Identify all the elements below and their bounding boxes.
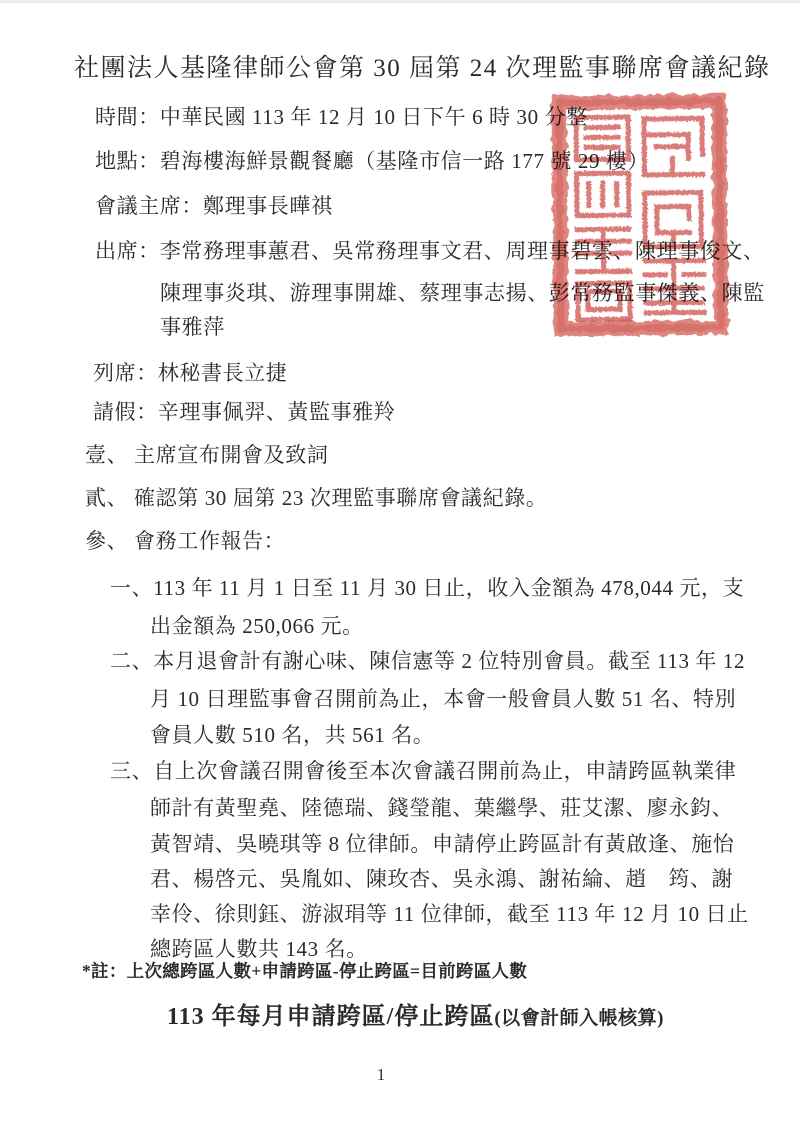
meeting-chair-line: 會議主席：鄭理事長曄祺 bbox=[95, 193, 333, 219]
report-item-3-line-4: 君、楊啓元、吳胤如、陳玫杏、吳永鴻、謝祐綸、趙 筠、謝 bbox=[150, 866, 733, 892]
report-item-2-line-1: 二、本月退會計有謝心味、陳信憲等 2 位特別會員。截至 113 年 12 bbox=[110, 648, 745, 674]
heading-paren-text: (以會計師入帳核算) bbox=[494, 1008, 664, 1029]
absentees-line: 請假：辛理事佩羿、黃監事雅羚 bbox=[93, 399, 395, 425]
scan-edge-artifact bbox=[0, 0, 800, 3]
footnote-formula: *註：上次總跨區人數+申請跨區-停止跨區=目前跨區人數 bbox=[82, 961, 527, 983]
report-item-3-line-1: 三、自上次會議召開會後至本次會議召開前為止，申請跨區執業律 bbox=[110, 758, 736, 784]
official-seal-stamp-icon bbox=[548, 90, 733, 340]
agenda-item-3: 參、 會務工作報告： bbox=[85, 528, 285, 554]
report-item-3-line-6: 總跨區人數共 143 名。 bbox=[150, 936, 368, 962]
report-item-3-line-5: 幸伶、徐則鈺、游淑琄等 11 位律師，截至 113 年 12 月 10 日止 bbox=[150, 901, 749, 927]
document-title: 社團法人基隆律師公會第 30 屆第 24 次理監事聯席會議紀錄 bbox=[74, 53, 771, 84]
meeting-time-line: 時間：中華民國 113 年 12 月 10 日下午 6 時 30 分整 bbox=[95, 104, 588, 130]
report-item-3-line-3: 黃智靖、吳曉琪等 8 位律師。申請停止跨區計有黃啟逢、施怡 bbox=[150, 831, 734, 857]
observers-line: 列席：林秘書長立捷 bbox=[93, 360, 287, 386]
heading-main-text: 113 年每月申請跨區/停止跨區 bbox=[167, 1004, 494, 1030]
document-page: 社團法人基隆律師公會第 30 屆第 24 次理監事聯席會議紀錄 時間：中華民國 … bbox=[0, 0, 800, 1132]
attendees-line-3: 事雅萍 bbox=[160, 314, 225, 340]
report-item-2-line-2: 月 10 日理監事會召開前為止，本會一般會員人數 51 名、特別 bbox=[150, 686, 736, 712]
page-number: 1 bbox=[0, 1064, 762, 1085]
report-item-1-line-1: 一、113 年 11 月 1 日至 11 月 30 日止，收入金額為 478,0… bbox=[110, 575, 744, 601]
report-item-2-line-3: 會員人數 510 名，共 561 名。 bbox=[150, 722, 434, 748]
report-item-3-line-2: 師計有黃聖堯、陸德瑞、錢瑩龍、葉繼學、莊艾潔、廖永鈞、 bbox=[150, 795, 733, 821]
agenda-item-2: 貳、 確認第 30 屆第 23 次理監事聯席會議紀錄。 bbox=[85, 485, 547, 511]
monthly-cross-district-heading: 113 年每月申請跨區/停止跨區(以會計師入帳核算) bbox=[167, 1002, 664, 1032]
agenda-item-1: 壹、 主席宣布開會及致詞 bbox=[85, 442, 328, 468]
report-item-1-line-2: 出金額為 250,066 元。 bbox=[150, 613, 364, 639]
